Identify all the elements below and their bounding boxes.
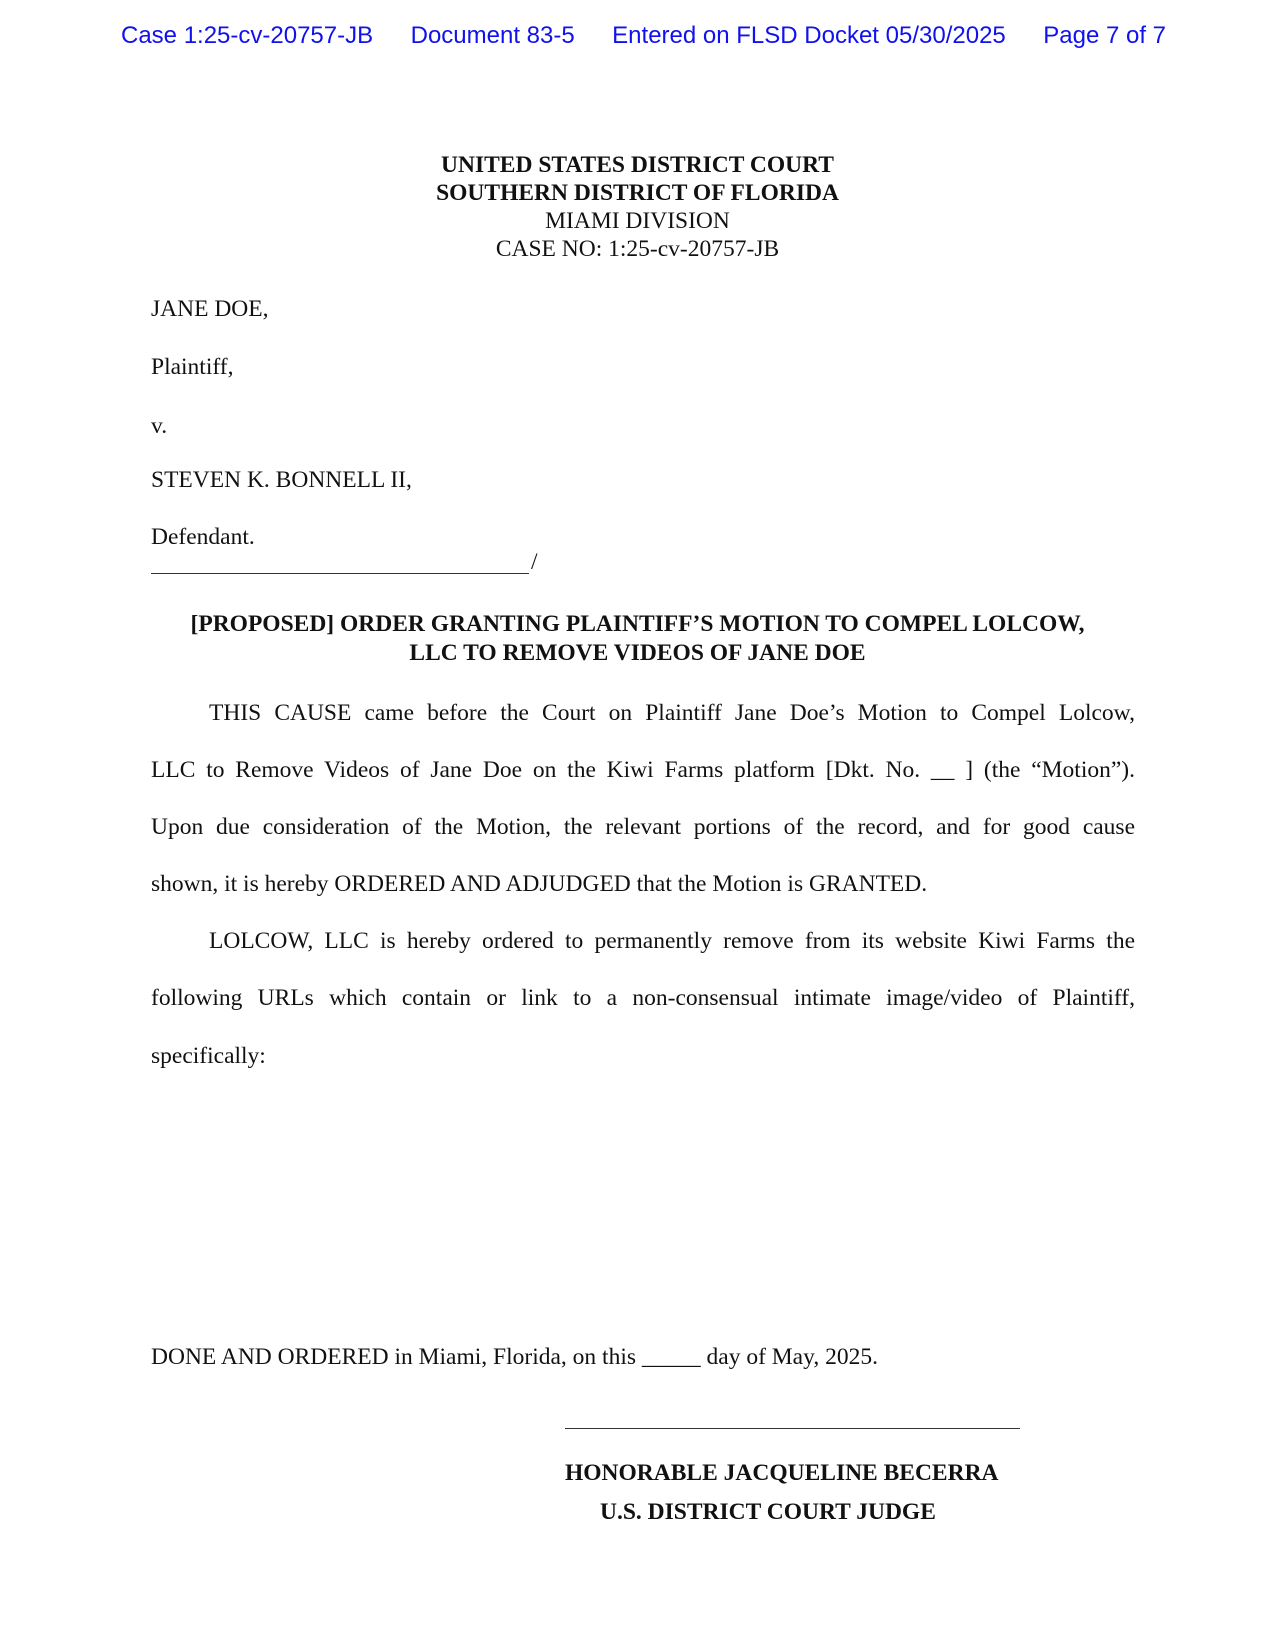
court-name: UNITED STATES DISTRICT COURT [0,151,1275,179]
court-division: MIAMI DIVISION [0,207,1275,235]
body-line: LOLCOW, LLC is hereby ordered to permane… [151,928,1135,955]
plaintiff-label: Plaintiff, [151,354,233,381]
case-number: CASE NO: 1:25-cv-20757-JB [0,235,1275,263]
order-title-line-2: LLC TO REMOVE VIDEOS OF JANE DOE [30,639,1245,668]
caption-slash: / [531,549,538,576]
court-district: SOUTHERN DISTRICT OF FLORIDA [0,179,1275,207]
header-page-number: Page 7 of 7 [1043,22,1166,50]
header-document-number: Document 83-5 [411,22,575,50]
order-title-line-1: [PROPOSED] ORDER GRANTING PLAINTIFF’S MO… [30,610,1245,639]
signature-line [565,1428,1020,1429]
judge-name: HONORABLE JACQUELINE BECERRA [565,1460,999,1487]
versus: v. [151,413,167,440]
header-case-number: Case 1:25-cv-20757-JB [121,22,373,50]
judge-title: U.S. DISTRICT COURT JUDGE [600,1499,936,1526]
body-line: Upon due consideration of the Motion, th… [151,814,1135,841]
body-line: specifically: [151,1043,1135,1070]
court-caption: UNITED STATES DISTRICT COURT SOUTHERN DI… [0,151,1275,263]
body-line: following URLs which contain or link to … [151,985,1135,1012]
done-and-ordered: DONE AND ORDERED in Miami, Florida, on t… [151,1344,878,1371]
body-line: THIS CAUSE came before the Court on Plai… [151,700,1135,727]
header-entered-date: Entered on FLSD Docket 05/30/2025 [612,22,1006,50]
caption-rule [151,573,529,574]
defendant-name: STEVEN K. BONNELL II, [151,467,412,494]
body-line: LLC to Remove Videos of Jane Doe on the … [151,757,1135,784]
plaintiff-name: JANE DOE, [151,296,269,323]
docket-header: Case 1:25-cv-20757-JB Document 83-5 Ente… [121,22,1166,50]
body-line: shown, it is hereby ORDERED AND ADJUDGED… [151,871,1135,898]
defendant-label: Defendant. [151,524,255,551]
order-title: [PROPOSED] ORDER GRANTING PLAINTIFF’S MO… [0,610,1245,668]
